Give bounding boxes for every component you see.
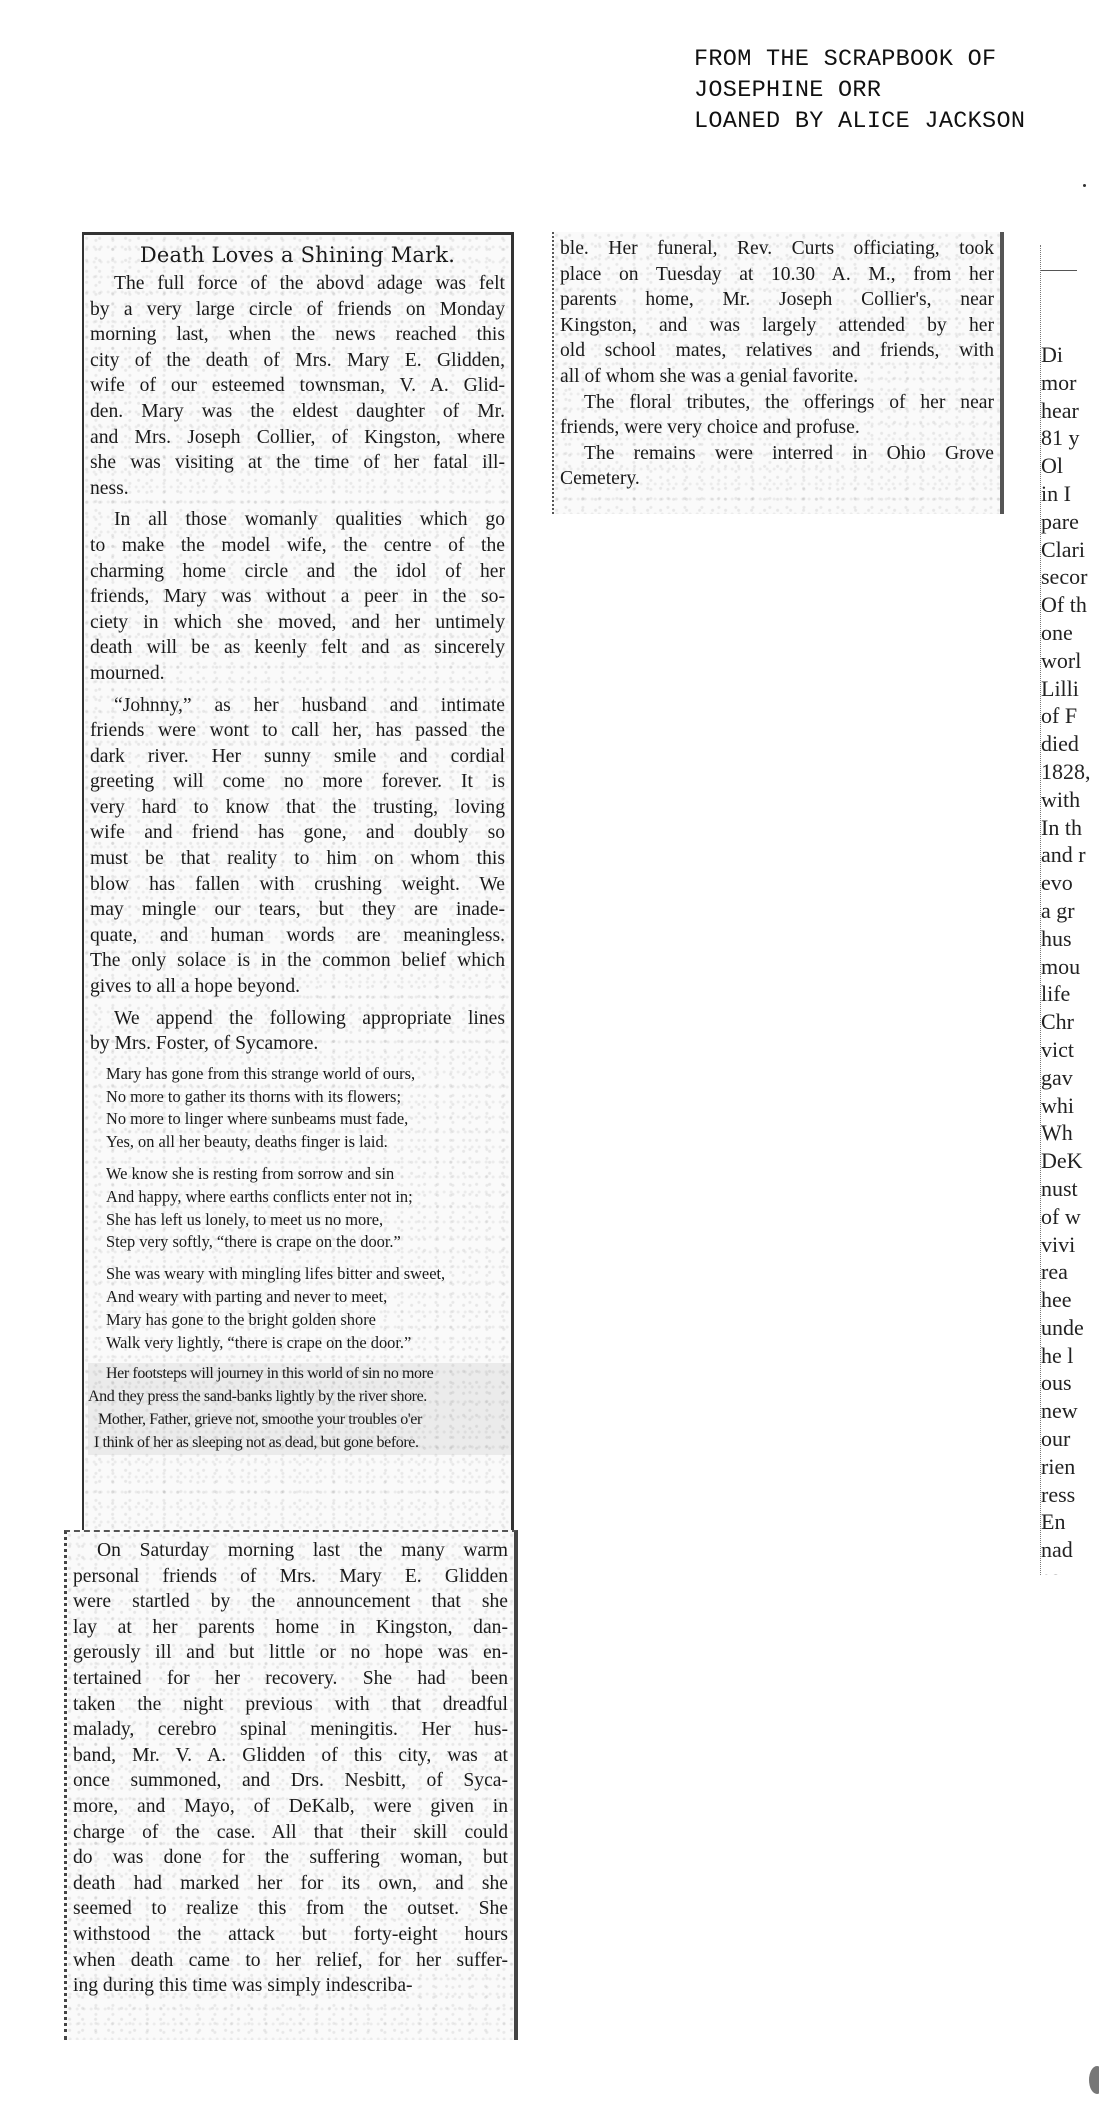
text-fragment: DeK <box>1041 1147 1099 1175</box>
text-fragment: evo <box>1041 869 1099 897</box>
poem-line: Yes, on all her beauty, deaths finger is… <box>106 1131 511 1154</box>
text-fragment: ress <box>1041 1481 1099 1509</box>
text-line: friends, Mary was without a peer in the … <box>90 584 505 610</box>
text-line: taken the night previous with that dread… <box>73 1692 508 1718</box>
text-fragment: in I <box>1041 480 1099 508</box>
poem-stanza-1: Mary has gone from this strange world of… <box>106 1063 511 1154</box>
text-fragment: he l <box>1041 1342 1099 1370</box>
text-fragment: 81 y <box>1041 424 1099 452</box>
text-line: do was done for the suffering woman, but <box>73 1845 508 1871</box>
text-fragment: eav <box>1041 1564 1099 1575</box>
illness-account-body: On Saturday morning last the many warmpe… <box>67 1532 514 1999</box>
poem-line: Her footsteps will journey in this world… <box>88 1363 511 1386</box>
text-fragment: rien <box>1041 1453 1099 1481</box>
text-fragment: ous <box>1041 1369 1099 1397</box>
text-line: greeting will come no more forever. It i… <box>90 769 505 795</box>
obituary-paragraph: The full force of the abovd adage was fe… <box>90 271 505 501</box>
cropped-text-fragments: Dimorhear81 yOlin IpareClarisecorOf thon… <box>1041 341 1099 1575</box>
funeral-body: ble. Her funeral, Rev. Curts officiating… <box>554 232 1000 492</box>
column-rule <box>1041 270 1077 271</box>
poem-stanza-3: She was weary with mingling lifes bitter… <box>106 1263 511 1354</box>
obituary-paragraph: In all those womanly qualities which got… <box>90 507 505 686</box>
text-fragment: of F <box>1041 702 1099 730</box>
text-line: ble. Her funeral, Rev. Curts officiating… <box>560 236 994 262</box>
text-fragment: Chr <box>1041 1008 1099 1036</box>
text-line: The remains were interred in Ohio Grove <box>560 441 994 467</box>
text-fragment: pare <box>1041 508 1099 536</box>
text-line: to make the model wife, the centre of th… <box>90 533 505 559</box>
text-line: The floral tributes, the offerings of he… <box>560 390 994 416</box>
text-fragment: nad <box>1041 1536 1099 1564</box>
text-line: gerously ill and but little or no hope w… <box>73 1640 508 1666</box>
text-fragment: of w <box>1041 1203 1099 1231</box>
stray-ink-mark <box>1083 184 1086 187</box>
text-line: blow has fallen with crushing weight. We <box>90 872 505 898</box>
poem-line: Mother, Father, grieve not, smoothe your… <box>88 1409 511 1432</box>
text-line: wife of our esteemed townsman, V. A. Gli… <box>90 373 505 399</box>
text-fragment: one <box>1041 619 1099 647</box>
text-fragment: died <box>1041 730 1099 758</box>
text-line: lay at her parents home in Kingston, dan… <box>73 1615 508 1641</box>
cropped-adjacent-column: Dimorhear81 yOlin IpareClarisecorOf thon… <box>1040 245 1099 1575</box>
text-line: gives to all a hope beyond. <box>90 974 505 1000</box>
text-line: withstood the attack but forty-eight hou… <box>73 1922 508 1948</box>
text-line: old school mates, relatives and friends,… <box>560 338 994 364</box>
clipping-funeral: ble. Her funeral, Rev. Curts officiating… <box>552 232 1004 514</box>
text-line: mourned. <box>90 661 505 687</box>
text-line: friends were wont to call her, has passe… <box>90 718 505 744</box>
text-fragment: hear <box>1041 397 1099 425</box>
text-fragment: 1828, <box>1041 758 1099 786</box>
text-line: she was visiting at the time of her fata… <box>90 450 505 476</box>
caption-line-1: FROM THE SCRAPBOOK OF <box>694 44 1025 75</box>
text-fragment: new <box>1041 1397 1099 1425</box>
text-line: all of whom she was a genial favorite. <box>560 364 994 390</box>
obituary-body: The full force of the abovd adage was fe… <box>84 271 511 1057</box>
text-fragment: Of th <box>1041 591 1099 619</box>
text-line: morning last, when the news reached this <box>90 322 505 348</box>
text-fragment: our <box>1041 1425 1099 1453</box>
poem-line: Mary has gone from this strange world of… <box>106 1063 511 1086</box>
text-fragment: Ol <box>1041 452 1099 480</box>
text-fragment: worl <box>1041 647 1099 675</box>
obituary-paragraph: “Johnny,” as her husband and intimatefri… <box>90 693 505 1000</box>
text-line: den. Mary was the eldest daughter of Mr. <box>90 399 505 425</box>
clipping-obituary: Death Loves a Shining Mark. The full for… <box>82 232 514 1532</box>
text-line: city of the death of Mrs. Mary E. Glidde… <box>90 348 505 374</box>
poem-line: She has left us lonely, to meet us no mo… <box>106 1209 511 1232</box>
text-line: Cemetery. <box>560 466 994 492</box>
text-line: more, and Mayo, of DeKalb, were given in <box>73 1794 508 1820</box>
funeral-paragraph: ble. Her funeral, Rev. Curts officiating… <box>560 236 994 390</box>
text-line: ing during this time was simply indescri… <box>73 1973 508 1999</box>
text-fragment: life <box>1041 980 1099 1008</box>
text-fragment: unde <box>1041 1314 1099 1342</box>
caption-line-2: JOSEPHINE ORR <box>694 75 1025 106</box>
text-line: ciety in which she moved, and her untime… <box>90 610 505 636</box>
text-line: parents home, Mr. Joseph Collier's, near <box>560 287 994 313</box>
text-line: when death came to her relief, for her s… <box>73 1948 508 1974</box>
text-fragment: vivi <box>1041 1231 1099 1259</box>
text-fragment: Clari <box>1041 536 1099 564</box>
poem-stanza-4: Her footsteps will journey in this world… <box>88 1363 511 1454</box>
text-line: In all those womanly qualities which go <box>90 507 505 533</box>
text-line: by Mrs. Foster, of Sycamore. <box>90 1031 505 1057</box>
memorial-poem: Mary has gone from this strange world of… <box>84 1057 511 1455</box>
text-line: very hard to know that the trusting, lov… <box>90 795 505 821</box>
headline: Death Loves a Shining Mark. <box>84 243 511 267</box>
text-fragment: with <box>1041 786 1099 814</box>
poem-line: And they press the sand-banks lightly by… <box>88 1386 511 1409</box>
poem-line: Step very softly, “there is crape on the… <box>106 1231 511 1254</box>
text-line: quate, and human words are meaningless. <box>90 923 505 949</box>
funeral-paragraph: The remains were interred in Ohio GroveC… <box>560 441 994 492</box>
text-line: death had marked her for its own, and sh… <box>73 1871 508 1897</box>
text-line: must be that reality to him on whom this <box>90 846 505 872</box>
text-fragment: a gr <box>1041 897 1099 925</box>
clipping-illness-account: On Saturday morning last the many warmpe… <box>64 1530 518 2040</box>
text-line: death will be as keenly felt and as sinc… <box>90 635 505 661</box>
text-line: charge of the case. All that their skill… <box>73 1820 508 1846</box>
text-fragment: rea <box>1041 1258 1099 1286</box>
poem-line: No more to linger where sunbeams must fa… <box>106 1108 511 1131</box>
text-line: The only solace is in the common belief … <box>90 948 505 974</box>
poem-line: Mary has gone to the bright golden shore <box>106 1309 511 1332</box>
page-edge-mark <box>1089 2066 1099 2094</box>
text-line: wife and friend has gone, and doubly so <box>90 820 505 846</box>
text-fragment: In th <box>1041 814 1099 842</box>
poem-line: And happy, where earths conflicts enter … <box>106 1186 511 1209</box>
text-line: were startled by the announcement that s… <box>73 1589 508 1615</box>
poem-line: I think of her as sleeping not as dead, … <box>88 1432 511 1455</box>
text-line: “Johnny,” as her husband and intimate <box>90 693 505 719</box>
text-line: by a very large circle of friends on Mon… <box>90 297 505 323</box>
text-line: place on Tuesday at 10.30 A. M., from he… <box>560 262 994 288</box>
text-line: and Mrs. Joseph Collier, of Kingston, wh… <box>90 425 505 451</box>
text-fragment: Lilli <box>1041 675 1099 703</box>
text-fragment: secor <box>1041 563 1099 591</box>
poem-line: We know she is resting from sorrow and s… <box>106 1163 511 1186</box>
text-fragment: nust <box>1041 1175 1099 1203</box>
text-line: We append the following appropriate line… <box>90 1006 505 1032</box>
text-line: once summoned, and Drs. Nesbitt, of Syca… <box>73 1768 508 1794</box>
text-line: The full force of the abovd adage was fe… <box>90 271 505 297</box>
text-fragment: gav <box>1041 1064 1099 1092</box>
text-line: charming home circle and the idol of her <box>90 559 505 585</box>
caption-line-3: LOANED BY ALICE JACKSON <box>694 106 1025 137</box>
text-line: friends, were very choice and profuse. <box>560 415 994 441</box>
text-fragment: vict <box>1041 1036 1099 1064</box>
text-line: malady, cerebro spinal meningitis. Her h… <box>73 1717 508 1743</box>
text-line: seemed to realize this from the outset. … <box>73 1896 508 1922</box>
text-fragment: and r <box>1041 841 1099 869</box>
text-line: personal friends of Mrs. Mary E. Glidden <box>73 1564 508 1590</box>
text-fragment: mor <box>1041 369 1099 397</box>
text-line: may mingle our tears, but they are inade… <box>90 897 505 923</box>
text-fragment: hus <box>1041 925 1099 953</box>
scrapbook-caption: FROM THE SCRAPBOOK OF JOSEPHINE ORR LOAN… <box>694 44 1025 137</box>
text-line: band, Mr. V. A. Glidden of this city, wa… <box>73 1743 508 1769</box>
text-line: dark river. Her sunny smile and cordial <box>90 744 505 770</box>
text-line: Kingston, and was largely attended by he… <box>560 313 994 339</box>
text-line: On Saturday morning last the many warm <box>73 1538 508 1564</box>
text-line: tertained for her recovery. She had been <box>73 1666 508 1692</box>
text-fragment: whi <box>1041 1092 1099 1120</box>
text-fragment: En <box>1041 1508 1099 1536</box>
poem-line: She was weary with mingling lifes bitter… <box>106 1263 511 1286</box>
text-line: ness. <box>90 476 505 502</box>
text-fragment: mou <box>1041 953 1099 981</box>
poem-line: No more to gather its thorns with its fl… <box>106 1086 511 1109</box>
text-fragment: hee <box>1041 1286 1099 1314</box>
poem-line: Walk very lightly, “there is crape on th… <box>106 1332 511 1355</box>
text-fragment: Wh <box>1041 1119 1099 1147</box>
poem-line: And weary with parting and never to meet… <box>106 1286 511 1309</box>
funeral-paragraph: The floral tributes, the offerings of he… <box>560 390 994 441</box>
obituary-paragraph: We append the following appropriate line… <box>90 1006 505 1057</box>
text-fragment: Di <box>1041 341 1099 369</box>
poem-stanza-2: We know she is resting from sorrow and s… <box>106 1163 511 1254</box>
